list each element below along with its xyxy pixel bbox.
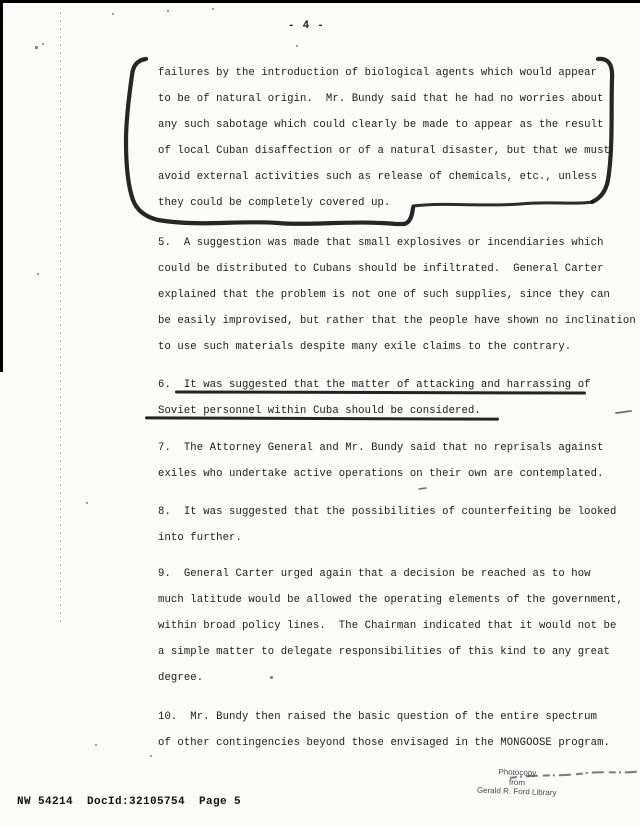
scan-speck (585, 95, 587, 97)
page-number-header: - 4 - (288, 20, 325, 32)
scan-speck (167, 10, 169, 12)
paragraph-bracketed-continuation: failures by the introduction of biologic… (158, 60, 636, 216)
scan-edge-left (0, 0, 3, 372)
scan-speck (608, 600, 610, 602)
paragraph-item-9: 9. General Carter urged again that a dec… (158, 561, 636, 691)
document-id-footer: NW 54214 DocId:32105754 Page 5 (17, 796, 241, 808)
scan-edge-top (0, 0, 640, 3)
scan-speck (150, 755, 152, 757)
paragraph-item-5: 5. A suggestion was made that small expl… (158, 230, 636, 360)
scan-speck (86, 502, 88, 504)
stray-period-mark (270, 676, 273, 679)
scan-speck (42, 43, 44, 45)
scanned-document-page: - 4 - failures by the introduction of bi… (0, 0, 640, 826)
paragraph-item-10: 10. Mr. Bundy then raised the basic ques… (158, 704, 636, 756)
scan-speck (212, 8, 214, 10)
scan-speck (112, 13, 114, 15)
binder-dot-line (60, 12, 61, 622)
scan-speck (540, 650, 542, 652)
paragraph-item-8: 8. It was suggested that the possibiliti… (158, 499, 636, 551)
photocopy-stamp: Photocopy from Gerald R. Ford Library (452, 766, 583, 799)
scan-speck (35, 46, 38, 49)
scan-speck (37, 273, 39, 275)
paragraph-item-7: 7. The Attorney General and Mr. Bundy sa… (158, 435, 636, 487)
scan-speck (95, 744, 97, 746)
scan-speck (296, 45, 298, 47)
